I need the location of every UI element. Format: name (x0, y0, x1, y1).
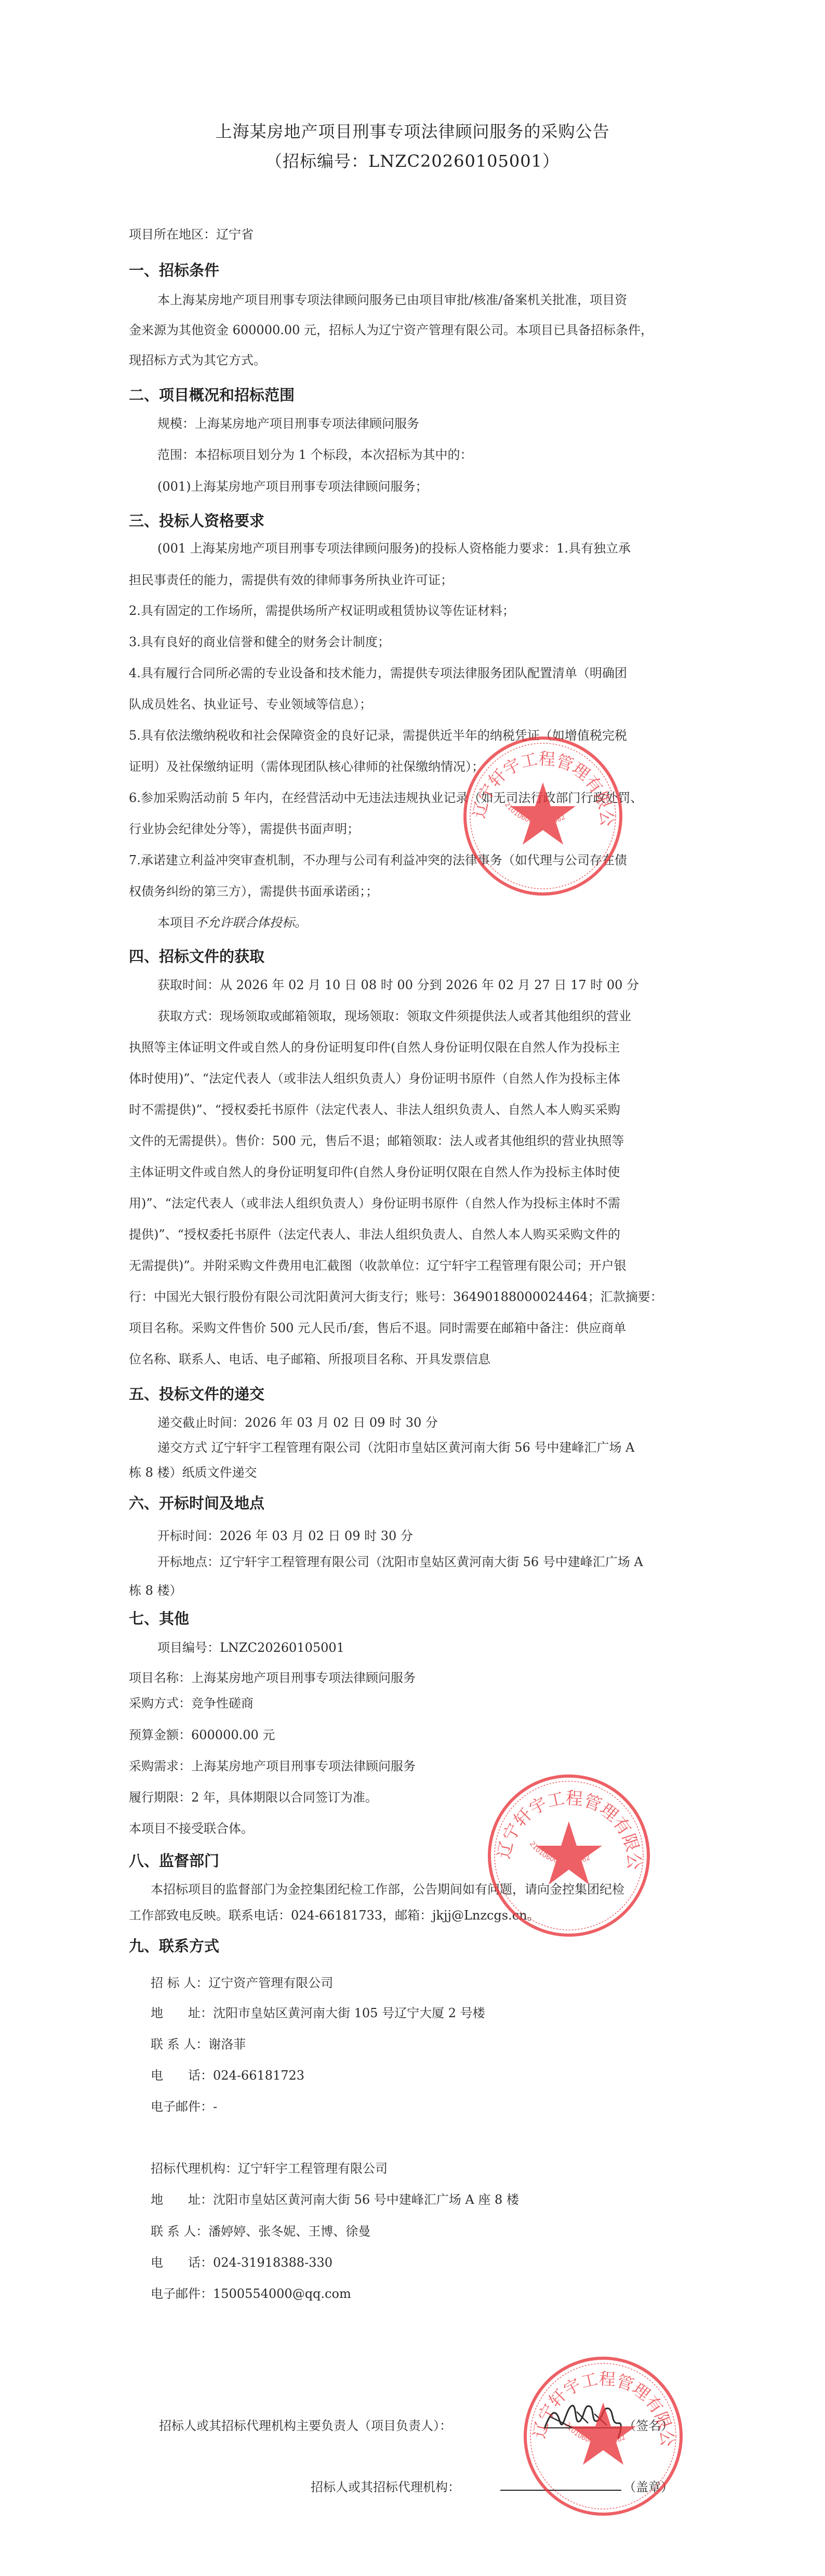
tenderer-name: 辽宁资产管理有限公司 (208, 1976, 333, 1990)
acquire-method-line: 用)”、“法定代表人（或非法人组织负责人）身份证明书原件（自然人作为投标主体时不… (129, 1195, 620, 1211)
acquire-method-line: 主体证明文件或自然人的身份证明复印件(自然人身份证明仅限在自然人作为投标主体时使 (129, 1164, 620, 1180)
tenderer-email-row: 电子邮件：- (151, 2099, 217, 2114)
agency-email-label: 电子邮件： (151, 2286, 213, 2302)
section-heading-2: 二、项目概况和招标范围 (129, 384, 295, 405)
tenderer-contact: 谢洛菲 (208, 2037, 246, 2052)
document-title: 上海某房地产项目刑事专项法律顾问服务的采购公告 (0, 119, 825, 142)
section-heading-3: 三、投标人资格要求 (129, 509, 264, 531)
svg-text:辽宁轩宇工程管理有限公司: 辽宁轩宇工程管理有限公司 (461, 734, 617, 827)
agency-phone: 024-31918388-330 (213, 2255, 332, 2270)
section-heading-6: 六、开标时间及地点 (129, 1492, 264, 1513)
agency-name: 辽宁轩宇工程管理有限公司 (238, 2161, 388, 2176)
agency-name-row: 招标代理机构：辽宁轩宇工程管理有限公司 (151, 2161, 388, 2176)
agency-phone-row: 电 话：024-31918388-330 (151, 2255, 332, 2270)
project-name: 项目名称：上海某房地产项目刑事专项法律顾问服务 (129, 1670, 416, 1686)
acquire-method-line: 执照等主体证明文件或自然人的身份证明复印件(自然人身份证明仅限在自然人作为投标主 (129, 1040, 620, 1055)
section-1-line: 本上海某房地产项目刑事专项法律顾问服务已由项目审批/核准/备案机关批准，项目资 (157, 292, 627, 308)
company-seal-icon: 辽宁轩宇工程管理有限公司 2101060000086462 (461, 734, 624, 898)
svg-text:辽宁轩宇工程管理有限公司: 辽宁轩宇工程管理有限公司 (486, 1772, 644, 1870)
qualification-line: 3.具有良好的商业信誉和健全的财务会计制度； (129, 634, 390, 650)
opening-time: 开标时间：2026 年 03 月 02 日 09 时 30 分 (157, 1528, 413, 1544)
section-1-line: 现招标方式为其它方式。 (129, 352, 266, 368)
qualification-line: 6.参加采购活动前 5 年内，在经营活动中无违法违规执业记录（如无司法行政部门行… (129, 790, 643, 806)
section-heading-9: 九、联系方式 (129, 1935, 219, 1956)
qualification-line: 5.具有依法缴纳税收和社会保障资金的良好记录，需提供近半年的纳税凭证（如增值税完… (129, 728, 627, 743)
consortium-not-accepted: 本项目不接受联合体。 (129, 1821, 254, 1836)
acquire-method-line: 获取方式：现场领取或邮箱领取，现场领取：领取文件须提供法人或者其他组织的营业 (157, 1008, 631, 1024)
project-lot: (001)上海某房地产项目刑事专项法律顾问服务； (157, 479, 428, 494)
opening-place: 栋 8 楼） (129, 1583, 182, 1598)
agency-address-label: 地 址： (151, 2192, 213, 2207)
submission-method: 栋 8 楼）纸质文件递交 (129, 1465, 257, 1480)
submission-method: 递交方式 辽宁轩宇工程管理有限公司（沈阳市皇姑区黄河南大街 56 号中建峰汇广场… (157, 1440, 634, 1455)
agency-address-row: 地 址：沈阳市皇姑区黄河南大街 56 号中建峰汇广场 A 座 8 楼 (151, 2192, 519, 2207)
acquire-method-line: 时不需提供)”、“授权委托书原件（法定代表人、非法人组织负责人、自然人本人购买采… (129, 1102, 620, 1118)
tenderer-contact-label: 联 系 人： (151, 2036, 208, 2052)
procurement-demand: 采购需求：上海某房地产项目刑事专项法律顾问服务 (129, 1758, 416, 1774)
section-heading-5: 五、投标文件的递交 (129, 1383, 264, 1404)
tenderer-name-row: 招 标 人：辽宁资产管理有限公司 (151, 1975, 333, 1991)
tenderer-email-label: 电子邮件： (151, 2099, 213, 2114)
agency-address: 沈阳市皇姑区黄河南大街 56 号中建峰汇广场 A 座 8 楼 (213, 2192, 519, 2207)
stamp-suffix: （盖章） (623, 2479, 673, 2495)
budget-amount: 预算金额：600000.00 元 (129, 1727, 275, 1743)
submission-deadline: 递交截止时间：2026 年 03 月 02 日 09 时 30 分 (157, 1415, 438, 1430)
tenderer-email: - (213, 2099, 217, 2114)
tenderer-phone-label: 电 话： (151, 2068, 213, 2083)
tenderer-contact-row: 联 系 人：谢洛菲 (151, 2036, 246, 2052)
seal-number: 2101060000086462 (563, 2421, 627, 2447)
section-1-line: 金来源为其他资金 600000.00 元，招标人为辽宁资产管理有限公司。本项目已… (129, 322, 653, 338)
section-heading-4: 四、招标文件的获取 (129, 945, 264, 966)
performance-period: 履行期限：2 年，具体期限以合同签订为准。 (129, 1790, 378, 1805)
supervision-line: 本招标项目的监督部门为金控集团纪检工作部，公告期间如有问题，请向金控集团纪检 (151, 1882, 624, 1897)
agency-contact-row: 联 系 人：潘婷婷、张冬妮、王博、徐曼 (151, 2224, 370, 2239)
agency-contact-label: 联 系 人： (151, 2224, 208, 2239)
tenderer-address: 沈阳市皇姑区黄河南大街 105 号辽宁大厦 2 号楼 (213, 2006, 485, 2020)
project-range: 范围：本招标项目划分为 1 个标段，本次招标为其中的： (157, 447, 473, 463)
qualification-line: 证明）及社保缴纳证明（需体现团队核心律师的社保缴纳情况）； (129, 759, 484, 774)
tenderer-phone-row: 电 话：024-66181723 (151, 2068, 304, 2083)
agency-name-label: 招标代理机构： (151, 2161, 238, 2176)
project-number: 项目编号：LNZC20260105001 (157, 1640, 344, 1655)
seal-org-text: 辽宁轩宇工程管理有限公司 (486, 1772, 644, 1870)
qualification-line: 权债务纠纷的第三方），需提供书面承诺函；； (129, 884, 378, 899)
qualification-line: (001 上海某房地产项目刑事专项法律顾问服务)的投标人资格能力要求：1.具有独… (157, 541, 631, 556)
tender-number: （招标编号：LNZC20260105001） (0, 148, 825, 172)
qualification-line: 担民事责任的能力，需提供有效的律师事务所执业许可证； (129, 572, 453, 588)
consortium-italic: 不允许联合体投标。 (195, 915, 307, 930)
qualification-line: 行业协会纪律处分等），需提供书面声明； (129, 821, 360, 837)
stamp-underline (500, 2490, 621, 2491)
qualification-line: 2.具有固定的工作场所，需提供场所产权证明或租赁协议等佐证材料； (129, 603, 515, 619)
agency-phone-label: 电 话： (151, 2255, 213, 2270)
acquire-method-line: 位名称、联系人、电话、电子邮箱、所报项目名称、开具发票信息 (129, 1351, 490, 1367)
project-region: 项目所在地区：辽宁省 (129, 227, 254, 242)
qualification-line: 4.具有履行合同所必需的专业设备和技术能力，需提供专项法律服务团队配置清单（明确… (129, 665, 627, 681)
project-scale: 规模：上海某房地产项目刑事专项法律顾问服务 (157, 416, 419, 431)
agency-email: 1500554000@qq.com (213, 2286, 351, 2301)
handwritten-signature-icon (540, 2391, 629, 2448)
section-heading-7: 七、其他 (129, 1607, 189, 1628)
agency-contact: 潘婷婷、张冬妮、王博、徐曼 (208, 2224, 370, 2239)
sign-suffix: （签名） (623, 2418, 673, 2434)
qualification-line: 7.承诺建立利益冲突审查机制，不办理与公司有利益冲突的法律事务（如代理与公司存在… (129, 852, 627, 868)
acquire-method-line: 行：中国光大银行股份有限公司沈阳黄河大街支行；账号：36490188000024… (129, 1289, 663, 1305)
section-heading-8: 八、监督部门 (129, 1849, 219, 1871)
svg-text:2101060000086462: 2101060000086462 (528, 1840, 592, 1866)
tenderer-address-row: 地 址：沈阳市皇姑区黄河南大街 105 号辽宁大厦 2 号楼 (151, 2005, 485, 2021)
signature-underline (545, 2427, 621, 2428)
supervision-line: 工作部致电反映。联系电话：024-66181733，邮箱：jkjj@Lnzcgs… (129, 1908, 540, 1923)
section-heading-1: 一、招标条件 (129, 259, 219, 280)
acquire-method-line: 提供)”、“授权委托书原件（法定代表人、非法人组织负责人、自然人本人购买采购文件… (129, 1227, 620, 1242)
opening-place: 开标地点：辽宁轩宇工程管理有限公司（沈阳市皇姑区黄河南大街 56 号中建峰汇广场… (157, 1554, 643, 1570)
svg-text:2101060000086462: 2101060000086462 (563, 2421, 627, 2447)
organization-label: 招标人或其招标代理机构： (311, 2479, 460, 2495)
seal-org-text: 辽宁轩宇工程管理有限公司 (461, 734, 617, 827)
procurement-announcement-page: 上海某房地产项目刑事专项法律顾问服务的采购公告 （招标编号：LNZC202601… (0, 0, 825, 2576)
tenderer-address-label: 地 址： (151, 2005, 213, 2021)
agency-email-row: 电子邮件：1500554000@qq.com (151, 2286, 351, 2302)
tenderer-name-label: 招 标 人： (151, 1975, 208, 1991)
acquire-method-line: 项目名称。采购文件售价 500 元人民币/套，售后不退。同时需要在邮箱中备注：供… (129, 1320, 626, 1336)
acquire-time: 获取时间：从 2026 年 02 月 10 日 08 时 00 分到 2026 … (157, 977, 639, 993)
responsible-person-label: 招标人或其招标代理机构主要负责人（项目负责人）： (159, 2418, 452, 2434)
tenderer-phone: 024-66181723 (213, 2068, 304, 2083)
procurement-method: 采购方式：竞争性磋商 (129, 1696, 254, 1711)
qualification-line: 队成员姓名、执业证号、专业领域等信息）； (129, 696, 372, 712)
seal-number: 2101060000086462 (528, 1840, 592, 1866)
consortium-note: 本项目不允许联合体投标。 (157, 915, 307, 930)
consortium-prefix: 本项目 (157, 915, 195, 930)
acquire-method-line: 无需提供)”。并附采购文件费用电汇截图（收款单位：辽宁轩宇工程管理有限公司；开户… (129, 1258, 627, 1273)
acquire-method-line: 文件的无需提供）。售价：500 元，售后不退；邮箱领取：法人或者其他组织的营业执… (129, 1133, 624, 1149)
acquire-method-line: 体时使用)”、“法定代表人（或非法人组织负责人）身份证明书原件（自然人作为投标主… (129, 1071, 620, 1086)
